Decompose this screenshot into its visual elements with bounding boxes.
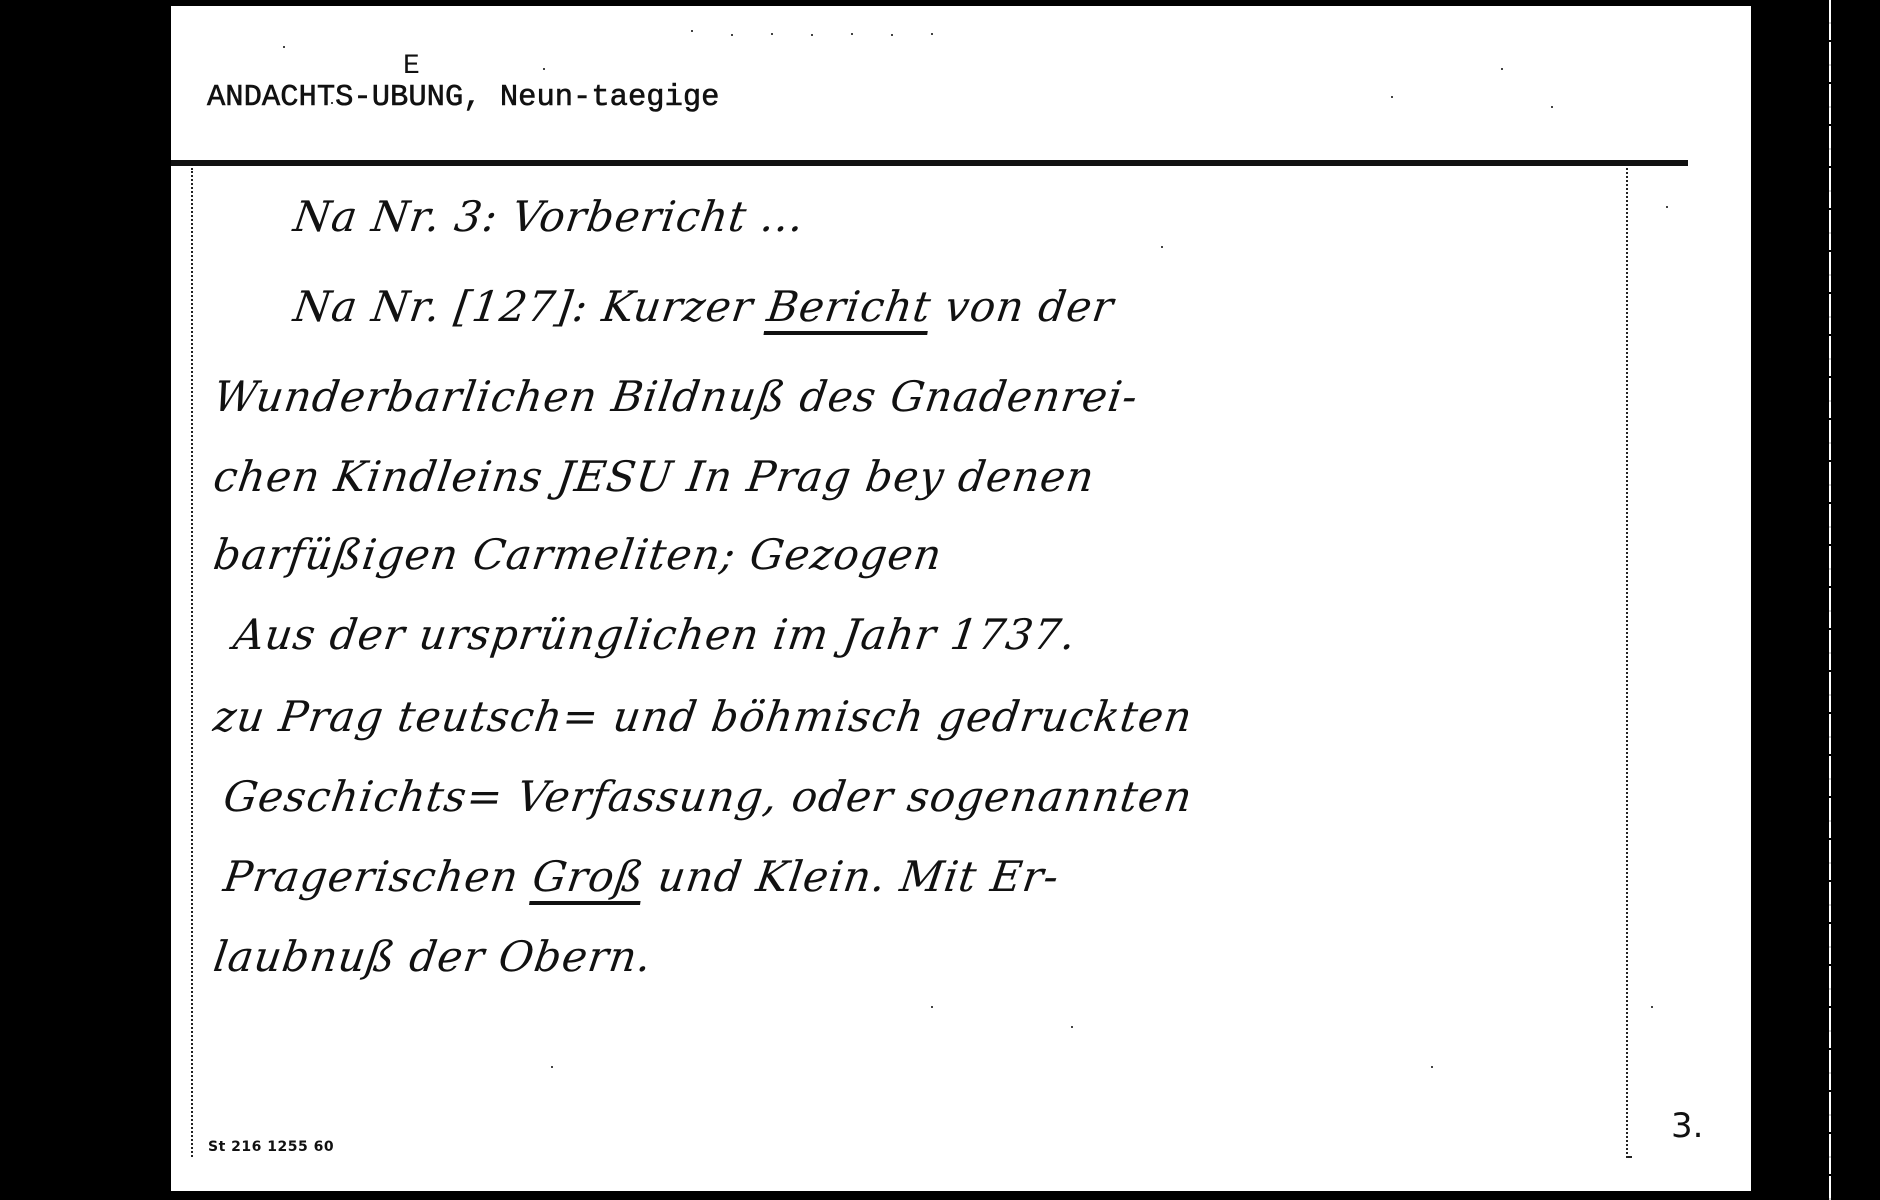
handwritten-text: Wunderbarlichen Bildnuß des Gnadenrei- xyxy=(211,372,1142,421)
index-card: E ANDACHTS-UBUNG, Neun-taegige Na Nr. 3:… xyxy=(171,6,1751,1191)
handwritten-line: Wunderbarlichen Bildnuß des Gnadenrei- xyxy=(211,376,1141,418)
handwritten-line: Geschichts= Verfassung, oder sogenannten xyxy=(221,776,1195,818)
underlined-word: Groß xyxy=(530,852,648,901)
handwritten-text: Na Nr. 3: Vorbericht ... xyxy=(291,192,808,241)
handwritten-text: barfüßigen Carmeliten; Gezogen xyxy=(211,530,946,579)
handwritten-text: Pragerischen xyxy=(221,852,537,901)
handwritten-line: barfüßigen Carmeliten; Gezogen xyxy=(211,534,945,576)
scanner-edge-line xyxy=(1829,0,1831,1200)
handwritten-text: chen Kindleins JESU In Prag bey denen xyxy=(211,452,1098,501)
handwritten-text: Geschichts= Verfassung, oder sogenannten xyxy=(221,772,1196,821)
handwritten-line: laubnuß der Obern. xyxy=(211,936,655,978)
handwritten-text: Na Nr. [127]: Kurzer xyxy=(291,282,771,331)
handwritten-body: Na Nr. 3: Vorbericht ...Na Nr. [127]: Ku… xyxy=(171,6,1751,1191)
card-stamp: St 216 1255 60 xyxy=(208,1139,334,1155)
handwritten-line: Na Nr. 3: Vorbericht ... xyxy=(291,196,807,238)
handwritten-text: und Klein. Mit Er- xyxy=(641,852,1063,901)
handwritten-line: Pragerischen Groß und Klein. Mit Er- xyxy=(221,856,1062,898)
handwritten-text: laubnuß der Obern. xyxy=(211,932,656,981)
handwritten-text: Aus der ursprünglichen im Jahr 1737. xyxy=(231,610,1080,659)
handwritten-line: Na Nr. [127]: Kurzer Bericht von der xyxy=(291,286,1117,328)
handwritten-line: zu Prag teutsch= und böhmisch gedruckten xyxy=(211,696,1195,738)
handwritten-line: chen Kindleins JESU In Prag bey denen xyxy=(211,456,1097,498)
underlined-word: Bericht xyxy=(764,282,935,331)
handwritten-text: zu Prag teutsch= und böhmisch gedruckten xyxy=(211,692,1196,741)
handwritten-text: von der xyxy=(928,282,1117,331)
handwritten-line: Aus der ursprünglichen im Jahr 1737. xyxy=(231,614,1079,656)
page-number: 3. xyxy=(1671,1109,1703,1143)
